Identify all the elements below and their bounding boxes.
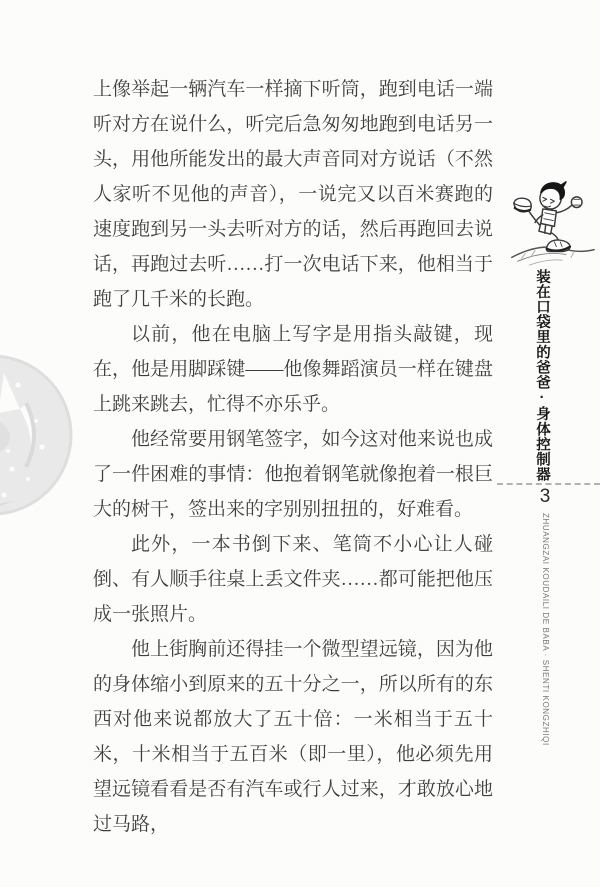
- body-text: 上像举起一辆汽车一样摘下听筒，跑到电话一端听对方在说什么，听完后急匆匆地跑到电话…: [93, 72, 493, 842]
- body-paragraph: 此外，一本书倒下来、笔筒不小心让人碰倒、有人顺手往桌上丢文件夹……都可能把他压成…: [93, 527, 493, 632]
- book-title-pinyin: ZHUANGZAI KOUDAILI DE BABA · SHENTI KONG…: [541, 513, 550, 718]
- running-boy-icon: [506, 176, 598, 270]
- running-boy-illustration: [506, 176, 598, 270]
- book-title: 装在口袋里的爸爸·身体控制器: [532, 269, 553, 483]
- body-paragraph: 以前，他在电脑上写字是用指头敲键，现在，他是用脚踩键——他像舞蹈演员一样在键盘上…: [93, 317, 493, 422]
- publisher-stamp-watermark: [0, 351, 76, 519]
- sidebar-divider: [497, 483, 600, 485]
- book-page: 上像举起一辆汽车一样摘下听筒，跑到电话一端听对方在说什么，听完后急匆匆地跑到电话…: [0, 0, 600, 887]
- body-paragraph: 他经常要用钢笔签字，如今这对他来说也成了一件困难的事情：他抱着钢笔就像抱着一根巨…: [93, 422, 493, 527]
- page-number: 3: [531, 486, 559, 508]
- body-paragraph: 他上街胸前还得挂一个微型望远镜，因为他的身体缩小到原来的五十分之一，所以所有的东…: [93, 632, 493, 842]
- body-paragraph: 上像举起一辆汽车一样摘下听筒，跑到电话一端听对方在说什么，听完后急匆匆地跑到电话…: [93, 72, 493, 317]
- stamp-icon: [0, 351, 76, 519]
